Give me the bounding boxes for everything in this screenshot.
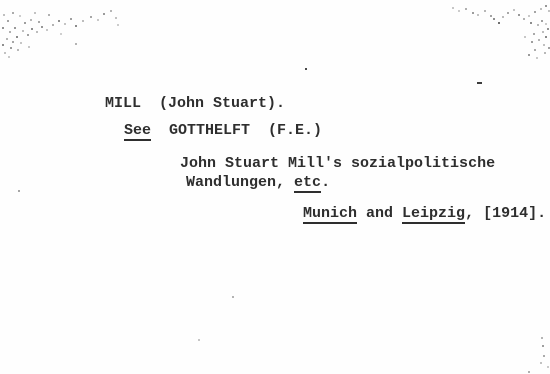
- scan-noise-right-edge: [0, 0, 2, 2]
- scan-noise-top-left: [0, 0, 2, 2]
- scan-mark-dash: [477, 82, 482, 84]
- imprint-place-1: Munich: [303, 205, 357, 224]
- scan-noise-top-right: [0, 0, 2, 2]
- see-label: See: [124, 122, 151, 141]
- imprint-line: Munich and Leipzig, [1914].: [267, 190, 546, 238]
- scan-noise-stray-dots: [0, 0, 2, 2]
- title-text-2: Wandlungen,: [186, 174, 294, 191]
- imprint-place-2: Leipzig: [402, 205, 465, 224]
- catalog-card-scan: MILL (John Stuart). See GOTTHELFT (F.E.)…: [0, 0, 550, 374]
- imprint-conjunction: and: [357, 205, 402, 222]
- see-target: GOTTHELFT (F.E.): [151, 122, 322, 139]
- title-period: .: [321, 174, 330, 191]
- imprint-year: , [1914].: [465, 205, 546, 222]
